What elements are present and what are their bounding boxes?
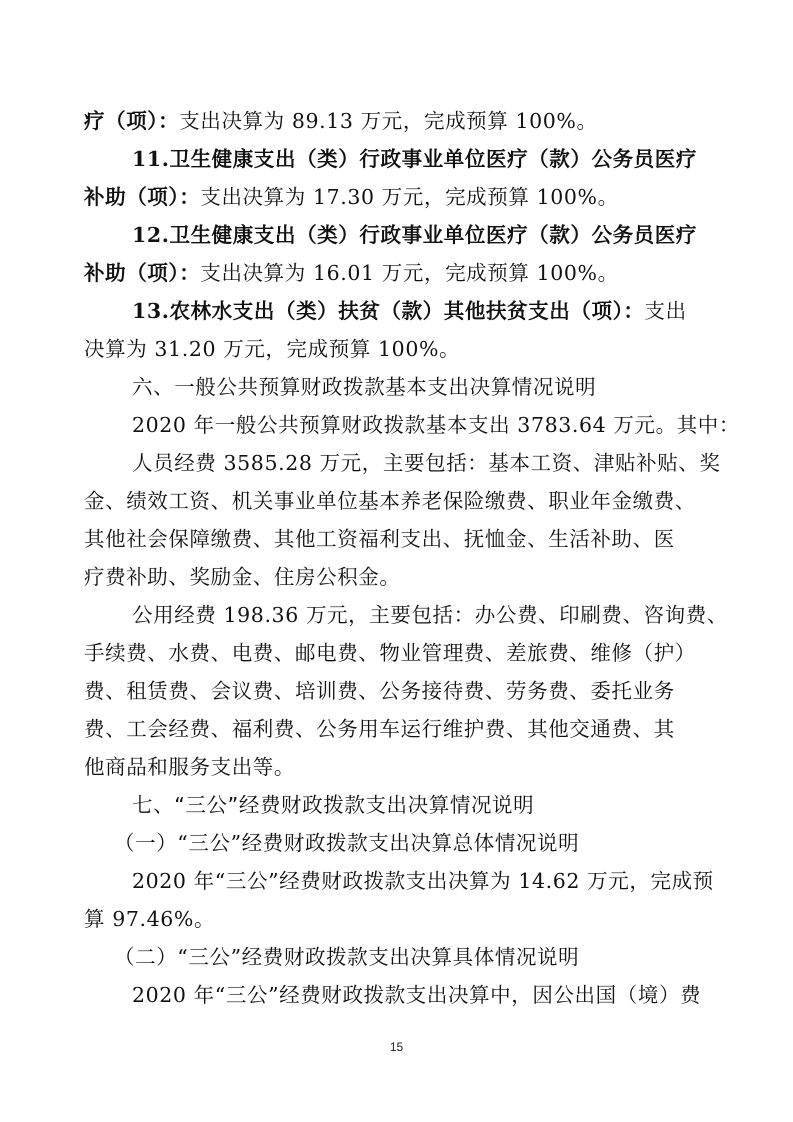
item-text: 支出决算为 17.30 万元，完成预算 100%。 — [200, 185, 618, 209]
personnel-line: 疗费补助、奖励金、住房公积金。 — [84, 558, 714, 596]
item-text: 支出 — [645, 299, 687, 323]
public-line: 费、租赁费、会议费、培训费、公务接待费、劳务费、委托业务 — [84, 672, 714, 710]
public-line: 他商品和服务支出等。 — [84, 748, 714, 786]
item-label: 12.卫生健康支出（类）行政事业单位医疗（款）公务员医疗 — [132, 223, 697, 247]
text-line: 补助（项）：支出决算为 16.01 万元，完成预算 100%。 — [84, 254, 714, 292]
text-line: 补助（项）：支出决算为 17.30 万元，完成预算 100%。 — [84, 178, 714, 216]
item-text: 支出决算为 16.01 万元，完成预算 100%。 — [200, 261, 618, 285]
section-6-paragraph: 2020 年一般公共预算财政拨款基本支出 3783.64 万元。其中： — [84, 406, 714, 444]
document-page: 疗（项）：支出决算为 89.13 万元，完成预算 100%。 11.卫生健康支出… — [84, 102, 714, 1014]
item-label: 补助（项）： — [84, 185, 200, 209]
item-label: 13.农林水支出（类）扶贫（款）其他扶贫支出（项）： — [132, 299, 645, 323]
subsection-2-heading: （二）“三公”经费财政拨款支出决算具体情况说明 — [84, 938, 714, 976]
personnel-line: 其他社会保障缴费、其他工资福利支出、抚恤金、生活补助、医 — [84, 520, 714, 558]
subsection-2-paragraph: 2020 年“三公”经费财政拨款支出决算中，因公出国（境）费 — [84, 976, 714, 1014]
item-label: 11.卫生健康支出（类）行政事业单位医疗（款）公务员医疗 — [132, 147, 697, 171]
subsection-1-heading: （一）“三公”经费财政拨款支出决算总体情况说明 — [84, 824, 714, 862]
subsection-1-paragraph: 算 97.46%。 — [84, 900, 714, 938]
text-line: 疗（项）：支出决算为 89.13 万元，完成预算 100%。 — [84, 102, 714, 140]
item-heading-13: 13.农林水支出（类）扶贫（款）其他扶贫支出（项）：支出 — [84, 292, 714, 330]
section-6-heading: 六、一般公共预算财政拨款基本支出决算情况说明 — [84, 368, 714, 406]
item-text: 决算为 31.20 万元，完成预算 100%。 — [84, 337, 460, 361]
text-line: 决算为 31.20 万元，完成预算 100%。 — [84, 330, 714, 368]
item-label: 疗（项）： — [84, 109, 179, 133]
section-7-heading: 七、“三公”经费财政拨款支出决算情况说明 — [84, 786, 714, 824]
public-line: 手续费、水费、电费、邮电费、物业管理费、差旅费、维修（护） — [84, 634, 714, 672]
personnel-line: 金、绩效工资、机关事业单位基本养老保险缴费、职业年金缴费、 — [84, 482, 714, 520]
item-text: 支出决算为 89.13 万元，完成预算 100%。 — [179, 109, 597, 133]
item-heading-12: 12.卫生健康支出（类）行政事业单位医疗（款）公务员医疗 — [84, 216, 714, 254]
page-number: 15 — [0, 1040, 793, 1054]
item-label: 补助（项）： — [84, 261, 200, 285]
public-line: 公用经费 198.36 万元，主要包括：办公费、印刷费、咨询费、 — [84, 596, 714, 634]
item-heading-11: 11.卫生健康支出（类）行政事业单位医疗（款）公务员医疗 — [84, 140, 714, 178]
public-line: 费、工会经费、福利费、公务用车运行维护费、其他交通费、其 — [84, 710, 714, 748]
personnel-line: 人员经费 3585.28 万元，主要包括：基本工资、津贴补贴、奖 — [84, 444, 714, 482]
subsection-1-paragraph: 2020 年“三公”经费财政拨款支出决算为 14.62 万元，完成预 — [84, 862, 714, 900]
